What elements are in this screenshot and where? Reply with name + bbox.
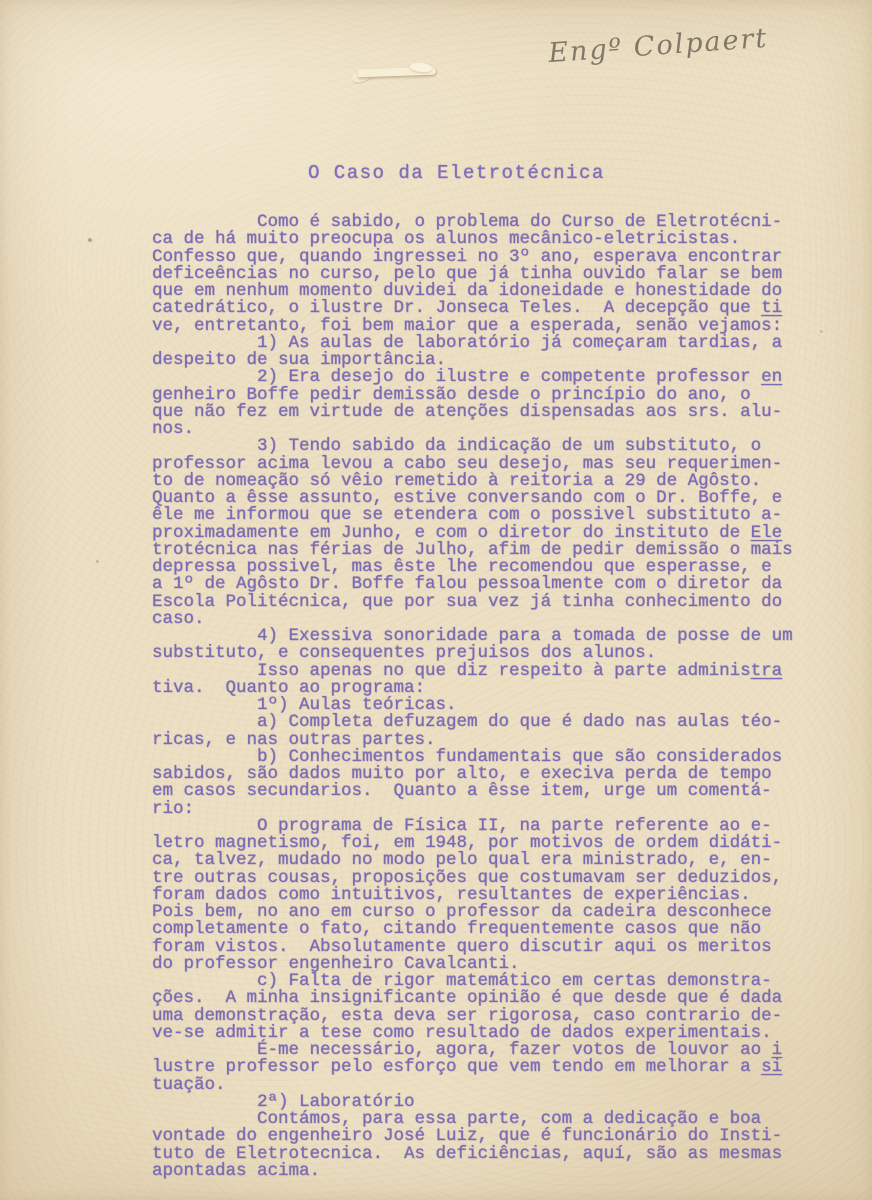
text-line: apontadas acima. xyxy=(152,1163,793,1180)
paper-speck xyxy=(820,330,823,333)
typewritten-text: Como é sabido, o problema do Curso de El… xyxy=(152,214,793,1180)
text-line: Escola Politécnica, que por sua vez já t… xyxy=(152,594,793,611)
text-line: 3) Tendo sabido da indicação de um subst… xyxy=(152,438,793,455)
text-line: substituto, e consequentes prejuisos dos… xyxy=(152,645,793,662)
document-page: Engº Colpaert O Caso da Eletrotécnica Co… xyxy=(0,0,872,1200)
text-line: ca de há muito preocupa os alunos mecâni… xyxy=(152,231,793,248)
text-line: que não fez em virtude de atenções dispe… xyxy=(152,404,793,421)
paper-speck xyxy=(96,560,99,563)
paper-speck xyxy=(88,238,92,242)
paper-tear-mark xyxy=(352,60,444,86)
text-line: lustre professor pelo esforço que vem te… xyxy=(152,1059,793,1076)
text-line: ções. A minha insignificante opinião é q… xyxy=(152,990,793,1007)
text-line: vontade do engenheiro José Luiz, que é f… xyxy=(152,1128,793,1145)
text-line: 2) Era desejo do ilustre e competente pr… xyxy=(152,369,793,386)
handwritten-annotation: Engº Colpaert xyxy=(547,18,838,69)
text-line: catedrático, o ilustre Dr. Jonseca Teles… xyxy=(152,300,793,317)
text-line: completamente o fato, citando frequentem… xyxy=(152,921,793,938)
text-line: êle me informou que se etendera com o po… xyxy=(152,507,793,524)
document-title: O Caso da Eletrotécnica xyxy=(308,162,605,184)
text-line: ca, talvez, mudado no modo pelo qual era… xyxy=(152,852,793,869)
text-line: a 1º de Agôsto Dr. Boffe falou pessoalme… xyxy=(152,576,793,593)
text-line: em casos secundarios. Quanto a êsse item… xyxy=(152,783,793,800)
text-line: a) Completa defuzagem do que é dado nas … xyxy=(152,714,793,731)
